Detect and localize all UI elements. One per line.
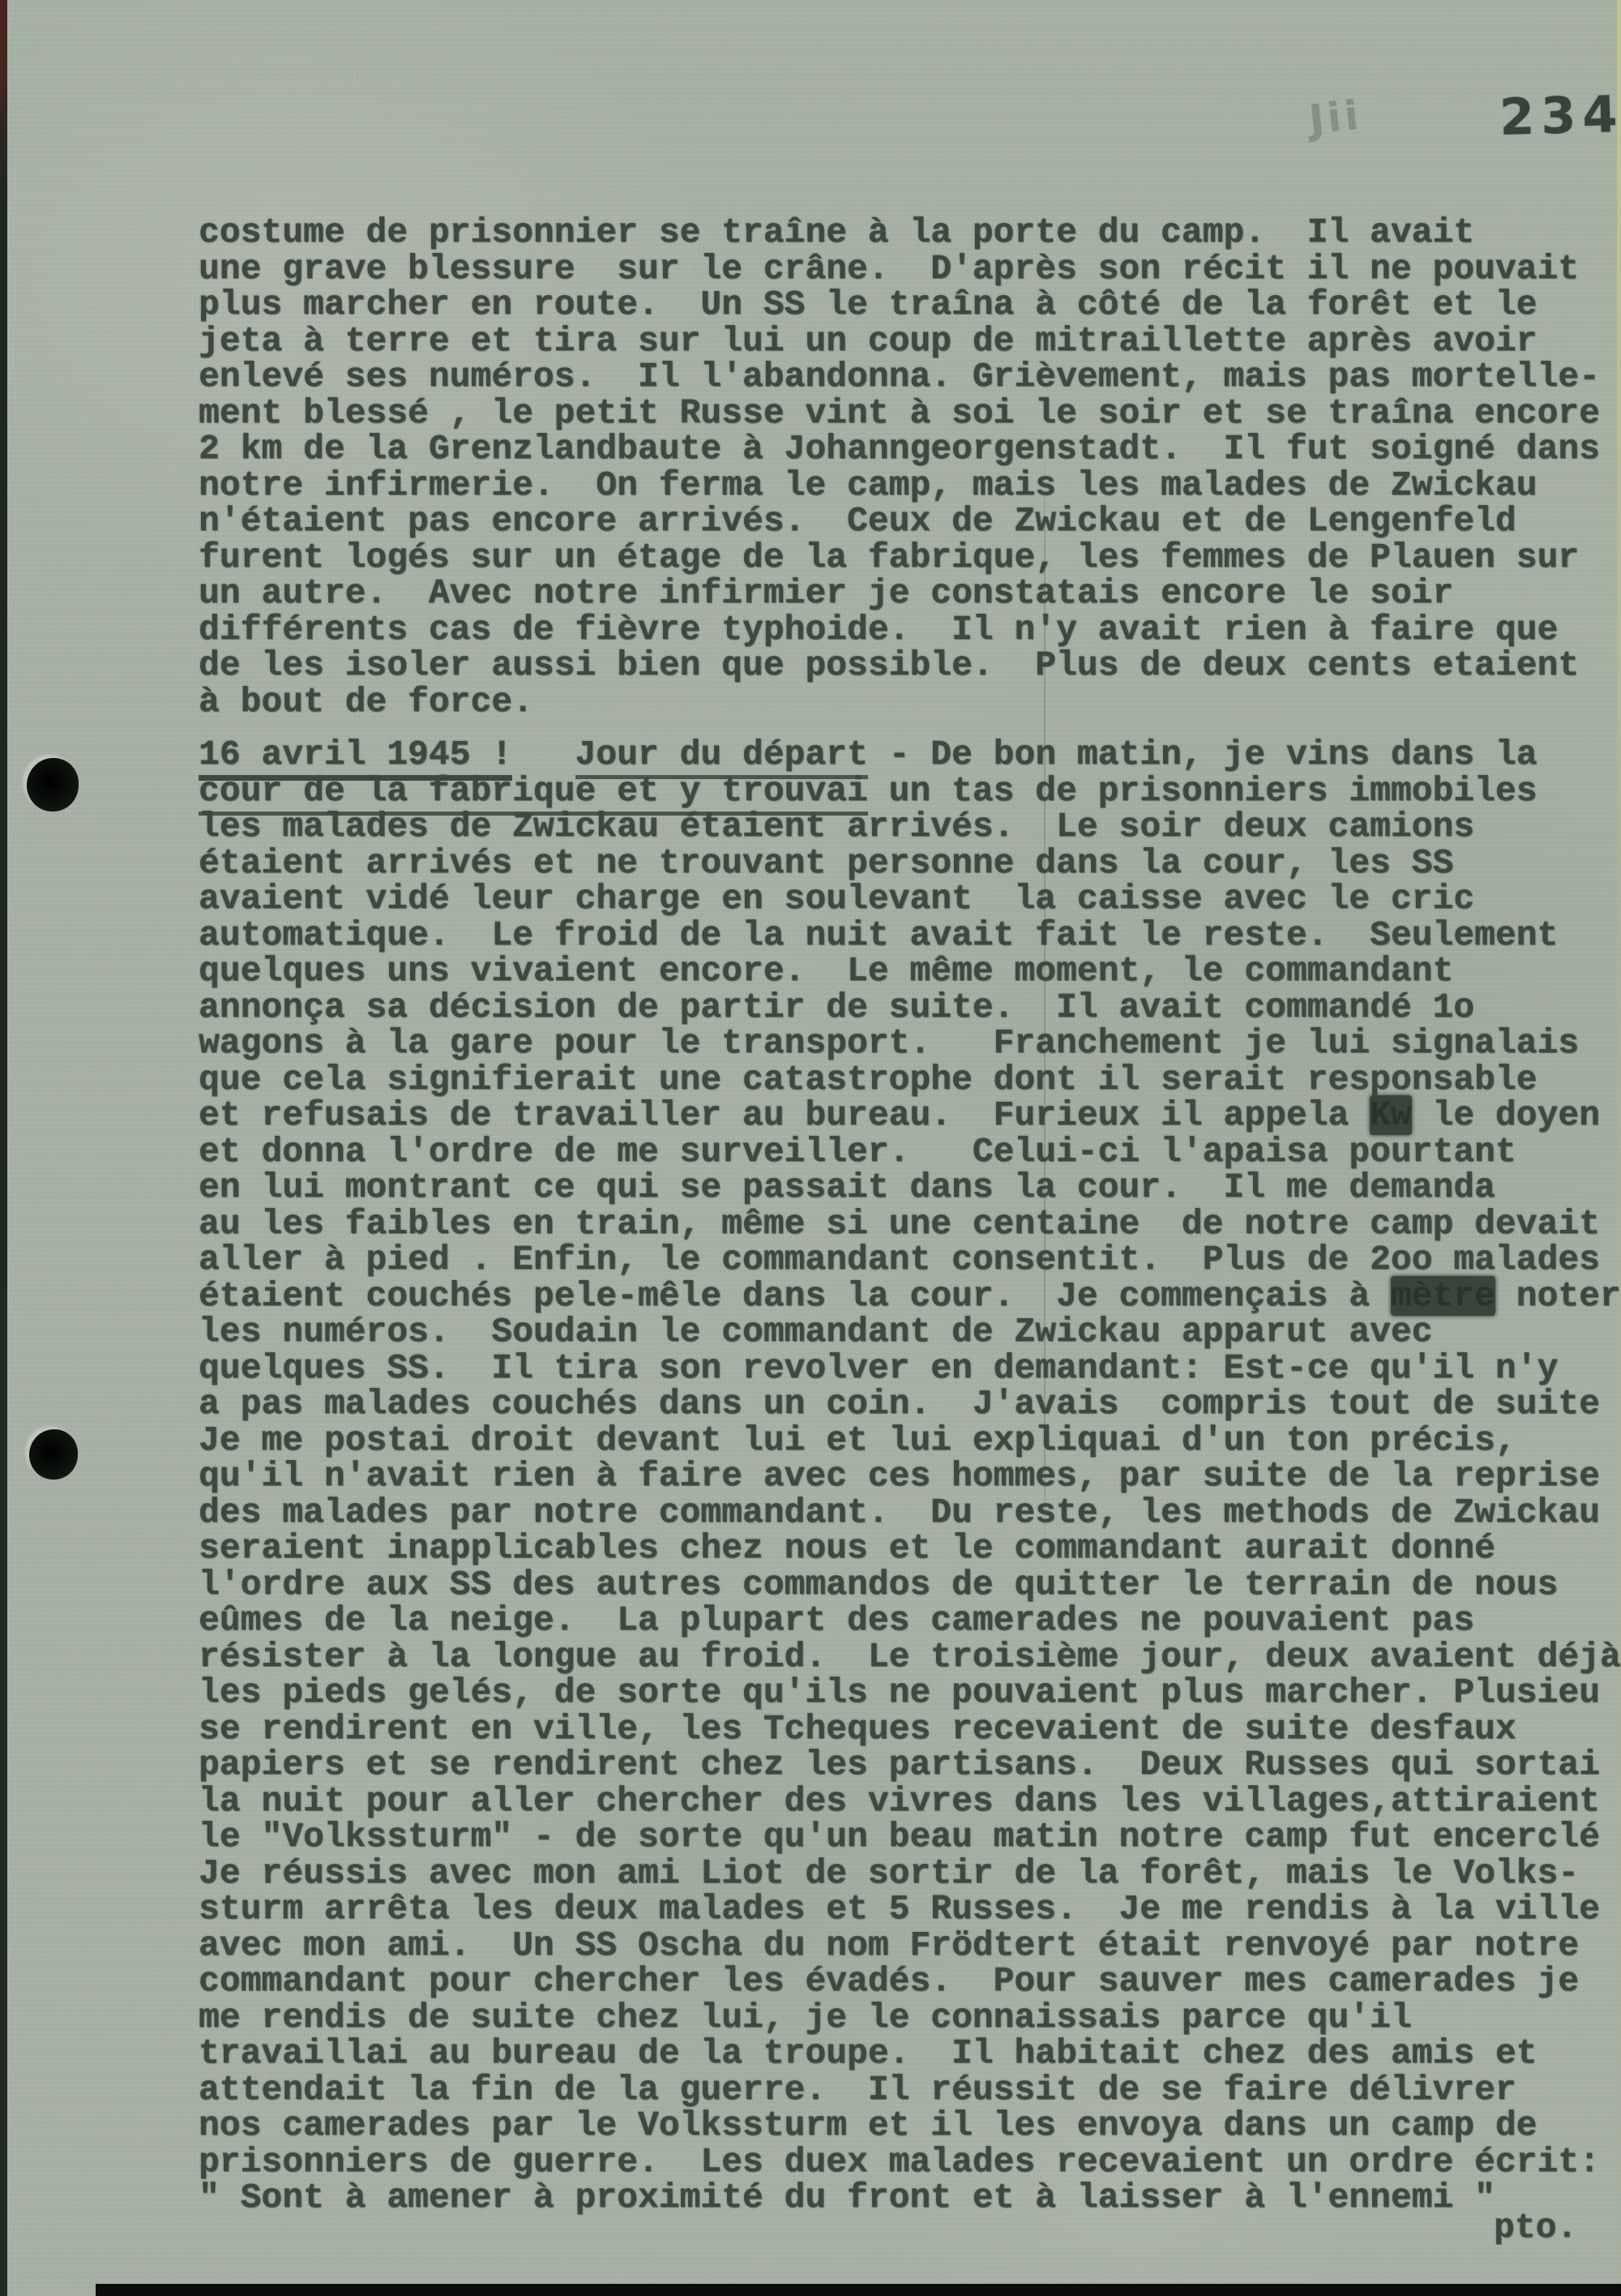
scan-left-edge — [0, 0, 7, 2296]
text-line: cour de la fabrique et y trouvai un tas … — [199, 773, 1621, 810]
text-line: plus marcher en route. Un SS le traîna à… — [199, 287, 1621, 323]
page-turn-note: pto. — [1494, 2210, 1577, 2247]
text-line: les pieds gelés, de sorte qu'ils ne pouv… — [199, 1675, 1621, 1711]
text-line: automatique. Le froid de la nuit avait f… — [199, 918, 1621, 954]
text-line: aller à pied . Enfin, le commandant cons… — [199, 1242, 1621, 1279]
text-line: la nuit pour aller chercher des vivres d… — [199, 1784, 1621, 1820]
text-line: les malades de Zwickau étaient arrivés. … — [199, 809, 1621, 846]
text-segment: noter — [1495, 1276, 1621, 1316]
text-line: n'étaient pas encore arrivés. Ceux de Zw… — [199, 503, 1621, 540]
text-line: enlevé ses numéros. Il l'abandonna. Griè… — [199, 359, 1621, 396]
text-line: 16 avril 1945 ! Jour du départ - De bon … — [199, 737, 1621, 773]
scan-bottom-edge — [96, 2284, 1621, 2296]
text-line: le "Volkssturm" - de sorte qu'un beau ma… — [199, 1819, 1621, 1856]
text-line: " Sont à amener à proximité du front et … — [199, 2180, 1621, 2217]
paragraph-1: costume de prisonnier se traîne à la por… — [199, 215, 1621, 720]
text-line: nos camerades par le Volkssturm et il le… — [199, 2108, 1621, 2144]
text-line: avec mon ami. Un SS Oscha du nom Frödter… — [199, 1928, 1621, 1964]
text-line: une grave blessure sur le crâne. D'après… — [199, 251, 1621, 288]
text-line: des malades par notre commandant. Du res… — [199, 1495, 1621, 1531]
text-line: jeta à terre et tira sur lui un coup de … — [199, 323, 1621, 360]
text-segment — [512, 735, 575, 774]
overstruck-word: Kw — [1370, 1095, 1412, 1135]
document-body: costume de prisonnier se traîne à la por… — [199, 215, 1621, 2217]
text-line: travaillai au bureau de la troupe. Il ha… — [199, 2036, 1621, 2072]
text-line: prisonniers de guerre. Les duex malades … — [199, 2144, 1621, 2181]
text-line: furent logés sur un étage de la fabrique… — [199, 540, 1621, 576]
text-line: seraient inapplicables chez nous et le c… — [199, 1531, 1621, 1567]
text-segment: - De bon matin, je vins dans la — [868, 735, 1538, 774]
text-line: a pas malades couchés dans un coin. J'av… — [199, 1386, 1621, 1423]
text-line: l'ordre aux SS des autres commandos de q… — [199, 1567, 1621, 1604]
paragraph-2: 16 avril 1945 ! Jour du départ - De bon … — [199, 737, 1621, 2217]
text-line: me rendis de suite chez lui, je le conna… — [199, 2000, 1621, 2037]
text-segment: et refusais de travailler au bureau. Fur… — [199, 1095, 1370, 1135]
page-number: 234 — [1499, 84, 1621, 147]
text-line: 2 km de la Grenzlandbaute à Johanngeorge… — [199, 431, 1621, 468]
faint-pencil-mark: Jii — [1307, 92, 1364, 143]
text-line: différents cas de fièvre typhoide. Il n'… — [199, 612, 1621, 649]
text-line: commandant pour chercher les évadés. Pou… — [199, 1964, 1621, 2000]
overstruck-word: mètre — [1391, 1276, 1495, 1316]
text-segment: étaient couchés pele-mêle dans la cour. … — [199, 1276, 1391, 1316]
text-line: étaient couchés pele-mêle dans la cour. … — [199, 1279, 1621, 1315]
scanned-page: { "page": { "number": "234", "faint_mark… — [0, 0, 1621, 2296]
text-line: annonça sa décision de partir de suite. … — [199, 990, 1621, 1026]
text-line: qu'il n'avait rien à faire avec ces homm… — [199, 1459, 1621, 1495]
punch-hole-top — [27, 758, 79, 812]
text-line: au les faibles en train, même si une cen… — [199, 1206, 1621, 1243]
text-line: avaient vidé leur charge en soulevant la… — [199, 881, 1621, 918]
text-line: se rendirent en ville, les Tcheques rece… — [199, 1711, 1621, 1748]
text-line: les numéros. Soudain le commandant de Zw… — [199, 1314, 1621, 1351]
text-line: Je me postai droit devant lui et lui exp… — [199, 1423, 1621, 1459]
text-line: en lui montrant ce qui se passait dans l… — [199, 1170, 1621, 1206]
text-line: à bout de force. — [199, 684, 1621, 721]
text-line: résister à la longue au froid. Le troisi… — [199, 1639, 1621, 1676]
text-line: et refusais de travailler au bureau. Fur… — [199, 1098, 1621, 1134]
text-segment: le doyen — [1412, 1095, 1600, 1135]
text-line: notre infirmerie. On ferma le camp, mais… — [199, 468, 1621, 504]
text-line: eûmes de la neige. La plupart des camera… — [199, 1603, 1621, 1639]
text-line: de les isoler aussi bien que possible. P… — [199, 648, 1621, 684]
text-line: étaient arrivés et ne trouvant personne … — [199, 846, 1621, 882]
text-line: costume de prisonnier se traîne à la por… — [199, 215, 1621, 251]
text-line: attendait la fin de la guerre. Il réussi… — [199, 2072, 1621, 2109]
text-line: quelques SS. Il tira son revolver en dem… — [199, 1351, 1621, 1387]
text-line: et donna l'ordre de me surveiller. Celui… — [199, 1134, 1621, 1171]
text-line: Je réussis avec mon ami Liot de sortir d… — [199, 1856, 1621, 1892]
punch-hole-bottom — [29, 1429, 78, 1480]
text-line: papiers et se rendirent chez les partisa… — [199, 1747, 1621, 1784]
text-line: wagons à la gare pour le transport. Fran… — [199, 1026, 1621, 1062]
text-segment: un tas de prisonniers immobiles — [868, 771, 1538, 811]
text-line: quelques uns vivaient encore. Le même mo… — [199, 953, 1621, 990]
text-line: un autre. Avec notre infirmier je consta… — [199, 576, 1621, 612]
text-line: sturm arrêta les deux malades et 5 Russe… — [199, 1891, 1621, 1928]
text-line: ment blessé , le petit Russe vint à soi … — [199, 396, 1621, 432]
text-line: que cela signifierait une catastrophe do… — [199, 1062, 1621, 1099]
